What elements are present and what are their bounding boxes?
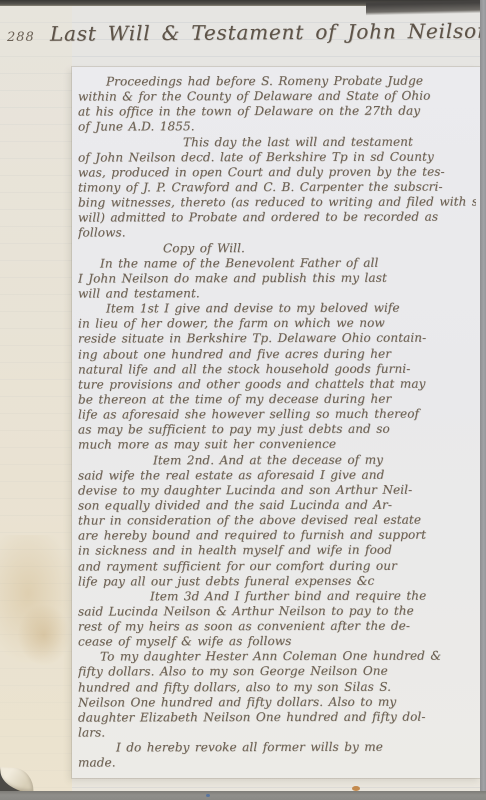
- photo-top-edge-right: [366, 0, 486, 16]
- manuscript-line: life as aforesaid she however selling so…: [78, 407, 476, 423]
- photo-frame: 288 Last Will & Testament of John Neilso…: [0, 0, 486, 800]
- manuscript-line: fifty dollars. Also to my son George Nei…: [78, 664, 476, 680]
- manuscript-line: will) admitted to Probate and ordered to…: [78, 210, 476, 226]
- manuscript-line: reside situate in Berkshire Tp. Delaware…: [78, 331, 476, 347]
- manuscript-line: timony of J. P. Crawford and C. B. Carpe…: [78, 179, 476, 195]
- page-number: 288: [7, 30, 35, 45]
- manuscript-line: To my daughter Hester Ann Coleman One hu…: [78, 649, 476, 665]
- manuscript-line: bing witnesses, thereto (as reduced to w…: [78, 195, 476, 211]
- photo-bottom-edge: [0, 791, 486, 800]
- manuscript-line: in sickness and in health myself and wif…: [78, 543, 476, 559]
- manuscript-line: rest of my heirs as soon as convenient a…: [78, 619, 476, 635]
- photo-right-edge: [480, 0, 486, 800]
- manuscript-line: hundred and fifty dollars, also to my so…: [78, 679, 476, 695]
- manuscript-line: as may be sufficient to pay my just debt…: [78, 422, 476, 438]
- manuscript-line: will and testament.: [78, 285, 476, 301]
- manuscript-line: ture provisions and other goods and chat…: [78, 376, 476, 392]
- manuscript-line: follows.: [78, 225, 476, 241]
- manuscript-text: Proceedings had before S. Romeny Probate…: [78, 74, 476, 774]
- manuscript-line: was, produced in open Court and duly pro…: [78, 164, 476, 180]
- manuscript-line: thur in consideration of the above devis…: [78, 513, 476, 529]
- manuscript-line: are hereby bound and required to furnish…: [78, 528, 476, 544]
- manuscript-line: said wife the real estate as aforesaid I…: [78, 467, 476, 483]
- manuscript-line: This day the last will and testament: [78, 134, 476, 150]
- ink-speck-orange: [352, 786, 360, 791]
- manuscript-line: cease of myself & wife as follows: [78, 634, 476, 650]
- manuscript-line: devise to my daughter Lucinda and son Ar…: [78, 482, 476, 498]
- manuscript-line: natural life and all the stock household…: [78, 361, 476, 377]
- manuscript-line: daughter Elizabeth Neilson One hundred a…: [78, 709, 476, 725]
- manuscript-line: much more as may suit her convenience: [78, 437, 476, 453]
- manuscript-line: I do hereby revoke all former wills by m…: [78, 740, 476, 756]
- manuscript-line: said Lucinda Neilson & Arthur Neilson to…: [78, 603, 476, 619]
- manuscript-line: of John Neilson decd. late of Berkshire …: [78, 149, 476, 165]
- manuscript-line: at his office in the town of Delaware on…: [78, 104, 476, 120]
- manuscript-line: Item 2nd. And at the decease of my: [78, 452, 476, 468]
- ink-speck-blue: [206, 794, 210, 797]
- manuscript-line: life pay all our just debts funeral expe…: [78, 573, 476, 589]
- manuscript-line: Neilson One hundred and fifty dollars. A…: [78, 694, 476, 710]
- manuscript-line: Item 1st I give and devise to my beloved…: [78, 301, 476, 317]
- manuscript-line: Item 3d And I further bind and require t…: [78, 588, 476, 604]
- will-record-page: Proceedings had before S. Romeny Probate…: [72, 67, 481, 778]
- manuscript-line: within & for the County of Delaware and …: [78, 89, 476, 105]
- manuscript-line: ing about one hundred and five acres dur…: [78, 346, 476, 362]
- manuscript-line: be thereon at the time of my decease dur…: [78, 391, 476, 407]
- manuscript-line: I John Neilson do make and publish this …: [78, 270, 476, 286]
- manuscript-line: lars.: [78, 725, 476, 741]
- manuscript-line: In the name of the Benevolent Father of …: [78, 255, 476, 271]
- manuscript-line: son equally divided and the said Lucinda…: [78, 497, 476, 513]
- manuscript-line: made.: [78, 755, 476, 771]
- manuscript-line: of June A.D. 1855.: [78, 119, 476, 135]
- document-title: Last Will & Testament of John Neilson de…: [50, 18, 486, 46]
- manuscript-line: Proceedings had before S. Romeny Probate…: [78, 74, 476, 90]
- manuscript-line: and rayment sufficient for our comfort d…: [78, 558, 476, 574]
- ledger-left-margin: [0, 5, 72, 792]
- manuscript-line: Copy of Will.: [78, 240, 476, 256]
- manuscript-line: in lieu of her dower, the farm on which …: [78, 316, 476, 332]
